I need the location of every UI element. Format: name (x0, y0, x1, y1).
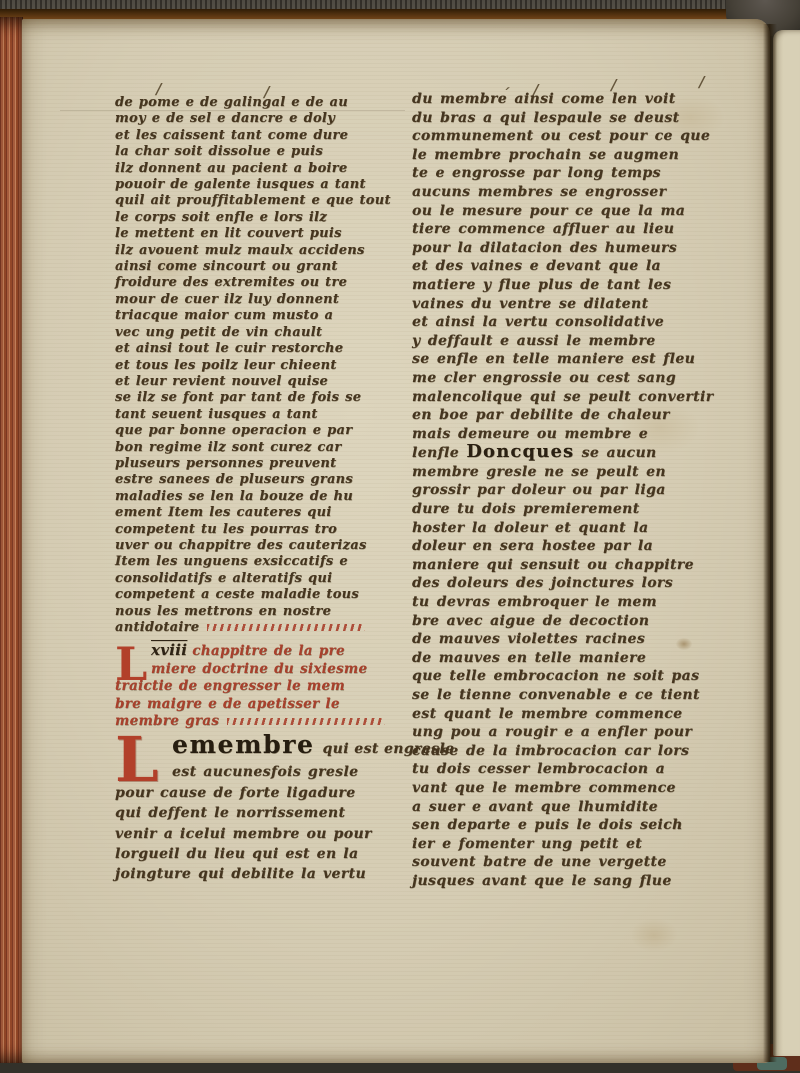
rubric-text: chappitre de la pre (192, 643, 345, 659)
line-text: ilz donnent au pacient a boire (115, 161, 348, 176)
text-line: froidure des extremites ou tre (115, 275, 407, 291)
text-line: vant que le membre commence (412, 779, 760, 798)
line-text: matiere y flue plus de tant les (412, 277, 671, 293)
text-line: competent a ceste maladie tous (115, 587, 407, 603)
line-text: communement ou cest pour ce que (412, 128, 710, 144)
text-line: sen departe e puis le dois seich (412, 816, 760, 835)
line-text: qui deffent le norrissement (115, 805, 345, 821)
line-text: tu devras embroquer le mem (412, 594, 657, 610)
line-text: tant seuent iusques a tant (115, 407, 318, 422)
text-line: nous les mettrons en nostre (115, 604, 407, 620)
text-line: bre maigre e de apetisser le (115, 696, 407, 713)
text-line: lorgueil du lieu qui est en la (115, 844, 407, 864)
text-line: grossir par doleur ou par liga (412, 481, 760, 500)
text-line: consolidatifs e alteratifs qui (115, 571, 407, 587)
line-text: te e engrosse par long temps (412, 165, 661, 181)
line-text: mais demeure ou membre e (412, 426, 648, 442)
line-text: et ainsi la vertu consolidative (412, 314, 664, 330)
text-line: pour cause de forte ligadure (115, 783, 407, 803)
text-line: ement Item les cauteres qui (115, 505, 407, 521)
text-line: matiere y flue plus de tant les (412, 276, 760, 295)
line-text: doleur en sera hostee par la (412, 538, 653, 554)
line-text: triacque maior cum musto a (115, 308, 333, 323)
line-text: vaines du ventre se dilatent (412, 296, 648, 312)
line-text: jusques avant que le sang flue (412, 873, 672, 889)
right-text-column: du membre ainsi come len voitdu bras a q… (412, 90, 760, 891)
text-line: que par bonne operacion e par (115, 423, 407, 439)
line-text: estre sanees de pluseurs grans (115, 472, 353, 487)
text-line: et tous les poilz leur chieent (115, 358, 407, 374)
text-line: te e engrosse par long temps (412, 164, 760, 183)
text-line: antidotaire (115, 620, 407, 636)
text-line: dure tu dois premierement (412, 500, 760, 519)
text-line: lenfle Doncques se aucun (412, 443, 760, 463)
text-line: et ainsi tout le cuir restorche (115, 341, 407, 357)
line-text: a suer e avant que lhumidite (412, 799, 658, 815)
text-line: tiere commence affluer au lieu (412, 220, 760, 239)
line-text: bre maigre e de apetisser le (115, 696, 340, 712)
text-line: en boe par debilite de chaleur (412, 406, 760, 425)
chapter-numeral: xviii (151, 641, 187, 659)
line-text: du membre ainsi come len voit (412, 91, 676, 107)
text-line: ainsi come sincourt ou grant (115, 259, 407, 275)
line-text: froidure des extremites ou tre (115, 275, 347, 290)
text-line: de pome e de galingal e de au (115, 95, 407, 111)
text-line: ung pou a rougir e a enfler pour (412, 723, 760, 742)
text-line: le membre prochain se augmen (412, 146, 760, 165)
text-line: et des vaines e devant que la (412, 257, 760, 276)
line-text: se aucun (574, 445, 656, 461)
line-text: nous les mettrons en nostre (115, 604, 331, 619)
text-line: pluseurs personnes preuvent (115, 456, 407, 472)
text-line: doleur en sera hostee par la (412, 537, 760, 556)
line-text: quil ait prouffitablement e que tout (115, 193, 391, 208)
text-line: ou le mesure pour ce que la ma (412, 202, 760, 221)
text-line: Item les unguens exsiccatifs e (115, 554, 407, 570)
line-text: ung pou a rougir e a enfler pour (412, 724, 692, 740)
text-line: membre gresle ne se peult en (412, 463, 760, 482)
line-text: de mauves violettes racines (412, 631, 645, 647)
line-text: et tous les poilz leur chieent (115, 358, 337, 373)
line-text: consolidatifs e alteratifs qui (115, 571, 332, 586)
text-line: se le tienne convenable e ce tient (412, 686, 760, 705)
line-text: Item les unguens exsiccatifs e (115, 554, 348, 569)
line-text: me cler engrossie ou cest sang (412, 370, 676, 386)
text-line: cause de la imbrocacion car lors (412, 742, 760, 761)
line-text: aucuns membres se engrosser (412, 184, 666, 200)
line-text: souvent batre de une vergette (412, 854, 667, 870)
text-line: maladies se len la bouze de hu (115, 489, 407, 505)
text-line: des doleurs des joinctures lors (412, 574, 760, 593)
manuscript-photo: //´/// de pome e de galingal e de aumoy … (0, 0, 800, 1073)
line-text: maladies se len la bouze de hu (115, 489, 353, 504)
text-line: mais demeure ou membre e (412, 425, 760, 444)
rubric-lines: miere doctrine du sixiesmetraictie de en… (115, 661, 407, 731)
line-text: pluseurs personnes preuvent (115, 456, 336, 471)
line-text: ilz avouent mulz maulx accidens (115, 243, 365, 258)
line-text: ement Item les cauteres qui (115, 505, 332, 520)
line-text: ou le mesure pour ce que la ma (412, 203, 685, 219)
line-text: membre gras (115, 713, 219, 729)
text-line: est quant le membre commence (412, 705, 760, 724)
line-text: vant que le membre commence (412, 780, 676, 796)
line-text: pouoir de galente iusques a tant (115, 177, 366, 192)
display-word: Doncques (466, 441, 574, 462)
line-text: que telle embrocacion ne soit pas (412, 668, 699, 684)
line-text: antidotaire (115, 620, 199, 635)
text-line: miere doctrine du sixiesme (115, 661, 407, 678)
line-text: cause de la imbrocacion car lors (412, 743, 689, 759)
line-text: de mauves en telle maniere (412, 650, 646, 666)
text-line: vec ung petit de vin chault (115, 325, 407, 341)
line-text: malencolique qui se peult convertir (412, 389, 714, 405)
text-line: pour la dilatacion des humeurs (412, 239, 760, 258)
text-line: et les caissent tant come dure (115, 128, 407, 144)
text-line: membre gras (115, 713, 407, 730)
line-text: moy e de sel e dancre e doly (115, 111, 335, 126)
line-text: y deffault e aussi le membre (412, 333, 656, 349)
text-line: du bras a qui lespaule se deust (412, 109, 760, 128)
text-line: a suer e avant que lhumidite (412, 798, 760, 817)
text-line: tu devras embroquer le mem (412, 593, 760, 612)
text-line: vaines du ventre se dilatent (412, 295, 760, 314)
line-text: en boe par debilite de chaleur (412, 407, 670, 423)
text-line: jusques avant que le sang flue (412, 872, 760, 891)
line-text: bre avec aigue de decoction (412, 613, 649, 629)
text-line: ier e fomenter ung petit et (412, 835, 760, 854)
line-text: ainsi come sincourt ou grant (115, 259, 338, 274)
line-text: tu dois cesser lembrocacion a (412, 761, 665, 777)
text-line: venir a icelui membre ou pour (115, 824, 407, 844)
text-line: se enfle en telle maniere est fleu (412, 350, 760, 369)
line-text: est aucunesfois gresle (172, 764, 358, 780)
line-text: sen departe e puis le dois seich (412, 817, 683, 833)
text-line: souvent batre de une vergette (412, 853, 760, 872)
text-line: joingture qui debilite la vertu (115, 864, 407, 884)
text-line: bre avec aigue de decoction (412, 612, 760, 631)
pen-mark: / (699, 73, 704, 91)
text-line: quil ait prouffitablement e que tout (115, 193, 407, 209)
text-line: se ilz se font par tant de fois se (115, 390, 407, 406)
left-column-lines: de pome e de galingal e de aumoy e de se… (115, 95, 407, 636)
text-line: uver ou chappitre des cauterizas (115, 538, 407, 554)
line-text: se le tienne convenable e ce tient (412, 687, 700, 703)
text-line: moy e de sel e dancre e doly (115, 111, 407, 127)
line-text: competent tu les pourras tro (115, 522, 337, 537)
line-text: la char soit dissolue e puis (115, 144, 323, 159)
line-text: ier e fomenter ung petit et (412, 836, 642, 852)
next-page-edge (773, 30, 800, 1056)
left-text-column: de pome e de galingal e de aumoy e de se… (115, 95, 407, 885)
red-stained-page-edges (0, 17, 23, 1063)
line-text: le corps soit enfle e lors ilz (115, 210, 327, 225)
page-gutter-shadow (763, 24, 777, 1062)
chapter-rubric: L xviiichappitre de la pre miere doctrin… (115, 642, 407, 730)
line-text: et leur revient nouvel quise (115, 374, 328, 389)
text-line: et leur revient nouvel quise (115, 374, 407, 390)
line-text: competent a ceste maladie tous (115, 587, 359, 602)
line-text: pour la dilatacion des humeurs (412, 240, 677, 256)
display-word: emembre (172, 730, 314, 759)
text-line: du membre ainsi come len voit (412, 90, 760, 109)
decorated-initial-L: L (115, 732, 172, 774)
line-filler-squiggle (207, 624, 365, 631)
text-line: de mauves en telle maniere (412, 649, 760, 668)
rubric-first-line: xviiichappitre de la pre (115, 642, 407, 660)
text-line: le corps soit enfle e lors ilz (115, 210, 407, 226)
text-line: triacque maior cum musto a (115, 308, 407, 324)
right-column-lines: du membre ainsi come len voitdu bras a q… (412, 90, 760, 891)
line-text: se enfle en telle maniere est fleu (412, 351, 695, 367)
line-text: pour cause de forte ligadure (115, 785, 356, 801)
line-text: de pome e de galingal e de au (115, 95, 348, 110)
line-text: miere doctrine du sixiesme (151, 661, 367, 677)
line-text: joingture qui debilite la vertu (115, 866, 366, 882)
line-text: est quant le membre commence (412, 706, 682, 722)
text-line: competent tu les pourras tro (115, 522, 407, 538)
text-line: qui deffent le norrissement (115, 803, 407, 823)
text-line: et ainsi la vertu consolidative (412, 313, 760, 332)
line-text: tiere commence affluer au lieu (412, 221, 674, 237)
text-line: y deffault e aussi le membre (412, 332, 760, 351)
text-line: me cler engrossie ou cest sang (412, 369, 760, 388)
line-text: membre gresle ne se peult en (412, 464, 666, 480)
text-line: mour de cuer ilz luy donnent (115, 292, 407, 308)
line-text: se ilz se font par tant de fois se (115, 390, 361, 405)
text-line: pouoir de galente iusques a tant (115, 177, 407, 193)
line-text: des doleurs des joinctures lors (412, 575, 673, 591)
text-line: maniere qui sensuit ou chappitre (412, 556, 760, 575)
text-line: bon regime ilz sont curez car (115, 440, 407, 456)
text-line: que telle embrocacion ne soit pas (412, 667, 760, 686)
text-line: le mettent en lit couvert puis (115, 226, 407, 242)
line-text: lenfle (412, 445, 466, 461)
line-text: mour de cuer ilz luy donnent (115, 292, 339, 307)
line-text: et des vaines e devant que la (412, 258, 661, 274)
line-text: dure tu dois premierement (412, 501, 640, 517)
line-text: lorgueil du lieu qui est en la (115, 846, 359, 862)
line-text: traictie de engresser le mem (115, 678, 345, 694)
text-line: ilz donnent au pacient a boire (115, 161, 407, 177)
text-line: la char soit dissolue e puis (115, 144, 407, 160)
text-line: ilz avouent mulz maulx accidens (115, 243, 407, 259)
line-text: hoster la doleur et quant la (412, 520, 648, 536)
text-line: hoster la doleur et quant la (412, 519, 760, 538)
text-line: de mauves violettes racines (412, 630, 760, 649)
line-text: maniere qui sensuit ou chappitre (412, 557, 694, 573)
line-text: uver ou chappitre des cauterizas (115, 538, 367, 553)
text-line: tant seuent iusques a tant (115, 407, 407, 423)
text-line: aucuns membres se engrosser (412, 183, 760, 202)
line-text: bon regime ilz sont curez car (115, 440, 341, 455)
text-line: tu dois cesser lembrocacion a (412, 760, 760, 779)
line-filler-squiggle (227, 718, 385, 725)
line-text: et les caissent tant come dure (115, 128, 348, 143)
line-text: du bras a qui lespaule se deust (412, 110, 679, 126)
line-text: et ainsi tout le cuir restorche (115, 341, 343, 356)
chapter-opening: L emembrequi est engresle est aucunesfoi… (115, 732, 407, 884)
text-line: malencolique qui se peult convertir (412, 388, 760, 407)
text-line: communement ou cest pour ce que (412, 127, 760, 146)
line-text: que par bonne operacion e par (115, 423, 352, 438)
line-text: venir a icelui membre ou pour (115, 826, 372, 842)
text-line: estre sanees de pluseurs grans (115, 472, 407, 488)
line-text: le membre prochain se augmen (412, 147, 679, 163)
line-text: le mettent en lit couvert puis (115, 226, 342, 241)
text-line: traictie de engresser le mem (115, 678, 407, 695)
line-text: vec ung petit de vin chault (115, 325, 322, 340)
chapter-numeral-initial: L (115, 642, 151, 676)
line-text: grossir par doleur ou par liga (412, 482, 666, 498)
